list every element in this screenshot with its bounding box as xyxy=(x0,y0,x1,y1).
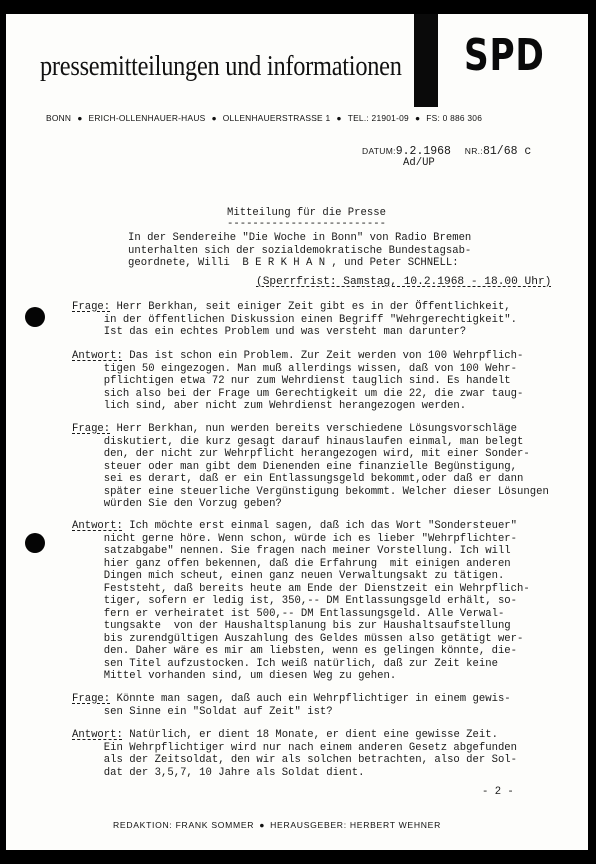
bullet-icon: ● xyxy=(211,113,216,123)
address-city: BONN xyxy=(46,113,71,123)
nr-label: NR.: xyxy=(465,146,483,156)
question-text: Herr Berkhan, nun werden bereits verschi… xyxy=(72,423,549,510)
address-line: BONN●ERICH-OLLENHAUER-HAUS●OLLENHAUERSTR… xyxy=(46,113,482,123)
punch-hole-icon xyxy=(25,307,45,327)
spd-logo: SPD xyxy=(464,30,545,81)
masthead-divider-bar xyxy=(414,14,438,107)
question-label: Frage: xyxy=(72,423,110,435)
answer-label: Antwort: xyxy=(72,520,123,532)
question-label: Frage: xyxy=(72,301,110,313)
bullet-icon: ● xyxy=(415,113,420,123)
question-text: Könnte man sagen, daß auch ein Wehrpflic… xyxy=(72,693,511,718)
question-2: Frage: Herr Berkhan, nun werden bereits … xyxy=(72,423,549,511)
answer-text: Natürlich, er dient 18 Monate, er dient … xyxy=(72,729,517,779)
footer-publisher: HERAUSGEBER: HERBERT WEHNER xyxy=(270,820,441,830)
nr-value: 81/68 c xyxy=(483,145,531,158)
question-label: Frage: xyxy=(72,693,110,705)
page-number: - 2 - xyxy=(482,786,514,799)
reference-code: Ad/UP xyxy=(403,157,435,170)
intro-paragraph: In der Sendereihe "Die Woche in Bonn" vo… xyxy=(128,232,471,270)
answer-text: Das ist schon ein Problem. Zur Zeit werd… xyxy=(72,350,523,412)
punch-hole-icon xyxy=(25,533,45,553)
embargo-notice: (Sperrfrist: Samstag, 10.2.1968 - 18.00 … xyxy=(256,276,551,289)
press-release-page: pressemitteilungen und informationen SPD… xyxy=(6,14,588,850)
answer-2: Antwort: Ich möchte erst einmal sagen, d… xyxy=(72,520,530,683)
address-phone: TEL.: 21901-09 xyxy=(348,113,409,123)
question-text: Herr Berkhan, seit einiger Zeit gibt es … xyxy=(72,301,517,338)
bullet-icon: ● xyxy=(336,113,341,123)
answer-1: Antwort: Das ist schon ein Problem. Zur … xyxy=(72,350,523,413)
answer-text: Ich möchte erst einmal sagen, daß ich da… xyxy=(72,520,530,682)
question-3: Frage: Könnte man sagen, daß auch ein We… xyxy=(72,693,511,718)
address-street: OLLENHAUERSTRASSE 1 xyxy=(223,113,331,123)
answer-3: Antwort: Natürlich, er dient 18 Monate, … xyxy=(72,729,517,779)
masthead-title: pressemitteilungen und informationen xyxy=(40,50,402,83)
bullet-icon: ● xyxy=(77,113,82,123)
bullet-icon: ● xyxy=(259,820,265,830)
footer-editor: REDAKTION: FRANK SOMMER xyxy=(113,820,254,830)
date-number-line: DATUM:9.2.1968 NR.:81/68 c xyxy=(362,145,531,159)
address-building: ERICH-OLLENHAUER-HAUS xyxy=(89,113,206,123)
answer-label: Antwort: xyxy=(72,350,123,362)
footer-credits: REDAKTION: FRANK SOMMER●HERAUSGEBER: HER… xyxy=(113,820,441,830)
answer-label: Antwort: xyxy=(72,729,123,741)
address-telex: FS: 0 886 306 xyxy=(426,113,482,123)
question-1: Frage: Herr Berkhan, seit einiger Zeit g… xyxy=(72,301,517,339)
date-label: DATUM: xyxy=(362,146,396,156)
heading-underline: ------------------------- xyxy=(227,218,386,231)
